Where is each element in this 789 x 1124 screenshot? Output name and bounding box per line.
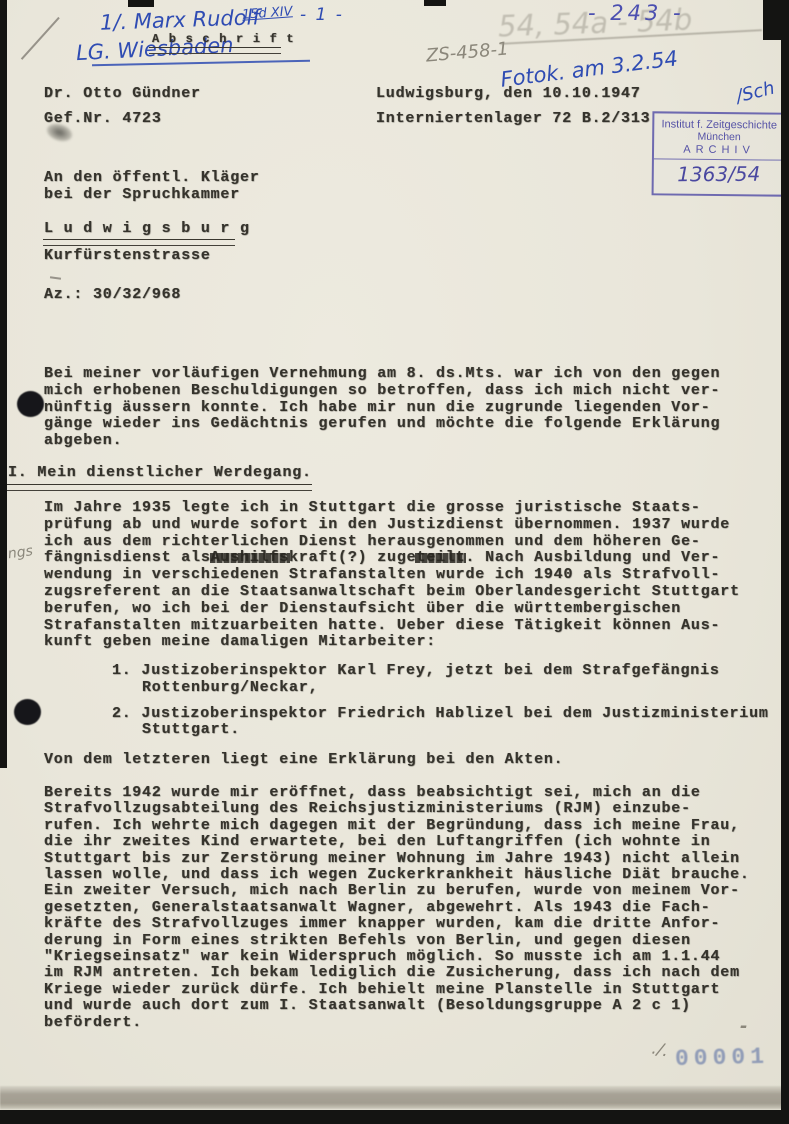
place-and-date: Ludwigsburg, den 10.10.1947 (376, 86, 641, 103)
sender-name: Dr. Otto Gündner (44, 86, 201, 103)
intro-paragraph: Bei meiner vorläufigen Vernehmung am 8. … (44, 366, 720, 450)
section-heading-underline (6, 484, 312, 491)
career-struck-word-2: teilt (416, 549, 465, 566)
scan-shadow-band (0, 1086, 789, 1109)
scan-border-top-mark-2 (424, 0, 446, 6)
career-struck-line: fängnisdienst alsAushilfskraft(?) zugete… (44, 550, 740, 567)
recipient-line-1: An den öffentl. Kläger (44, 170, 260, 187)
handwritten-page-dash: - 1 - (300, 5, 344, 25)
scan-border-right (781, 28, 789, 1124)
hole-punch-top (17, 391, 44, 417)
recipient-city: L u d w i g s b u r g (44, 221, 250, 238)
witness-list: 1. Justizoberinspektor Karl Frey, jetzt … (112, 663, 769, 739)
stamp-accession-number: 1363/54 (654, 162, 784, 187)
document-title: A b s c h r i f t (152, 31, 295, 48)
career-paragraph: Im Jahre 1935 legte ich in Stuttgart die… (44, 500, 740, 651)
pencil-archive-ref: ZS-458-1 (425, 38, 509, 66)
bottom-pencil-dash: - (740, 1016, 747, 1037)
recipient-line-2: bei der Spruchkammer (44, 187, 240, 204)
photocopy-note-initials: /Sch (734, 78, 777, 108)
city-underline (43, 239, 235, 246)
handwritten-file-ref: 15d XIV (242, 4, 293, 22)
witness-item-1-line-2: Rottenburg/Neckar, (112, 680, 769, 697)
archive-stamp: Institut f. Zeitgeschichte München ARCHI… (652, 111, 787, 196)
title-underline (149, 47, 281, 54)
witness-item-1-line-1: 1. Justizoberinspektor Karl Frey, jetzt … (112, 663, 769, 680)
career-lines-before: Im Jahre 1935 legte ich in Stuttgart die… (44, 500, 740, 550)
margin-note: ings (3, 543, 34, 563)
scanned-document-page: 1/. Marx Rudolf 15d XIV - 1 - LG. Wiesba… (0, 0, 789, 1124)
stamp-institute-line: Institut f. Zeitgeschichte (654, 118, 784, 131)
career-struck-post: . Nach Ausbildung und Ver- (465, 549, 720, 566)
internment-camp-line: Interniertenlager 72 B.2/313 (376, 111, 650, 128)
pencil-diagonal-line (21, 17, 60, 60)
hole-punch-bottom (14, 699, 41, 725)
career-struck-pre: fängnisdienst als (44, 549, 211, 566)
section-heading: I. Mein dienstlicher Werdegang. (8, 465, 312, 482)
scan-border-top-mark-1 (128, 0, 154, 7)
serial-number-stamp: 00001 (675, 1044, 770, 1072)
stamp-divider (654, 158, 784, 160)
career-struck-word-1: Aushilfs (211, 549, 289, 566)
witness-item-2-line-1: 2. Justizoberinspektor Friedrich Hablize… (112, 706, 769, 723)
stamp-city-line: München (654, 130, 784, 143)
blue-page-number: - 243 - (588, 1, 685, 25)
berlin-paragraph: Bereits 1942 wurde mir eröffnet, dass be… (44, 785, 750, 1031)
pencil-tick-mark (50, 276, 61, 280)
career-struck-mid: kraft(?) zuge (289, 549, 416, 566)
scan-border-bottom (0, 1110, 789, 1124)
recipient-street: Kurfürstenstrasse (44, 248, 211, 265)
bottom-pencil-mark: ./. (650, 1038, 670, 1061)
career-lines-after: wendung in verschiedenen Strafanstalten … (44, 567, 740, 651)
witness-item-2-line-2: Stuttgart. (112, 722, 769, 739)
statement-line: Von dem letzteren liegt eine Erklärung b… (44, 752, 563, 769)
file-number: Az.: 30/32/968 (44, 287, 181, 304)
scan-border-left (0, 0, 7, 768)
stamp-archive-line: ARCHIV (654, 143, 784, 156)
